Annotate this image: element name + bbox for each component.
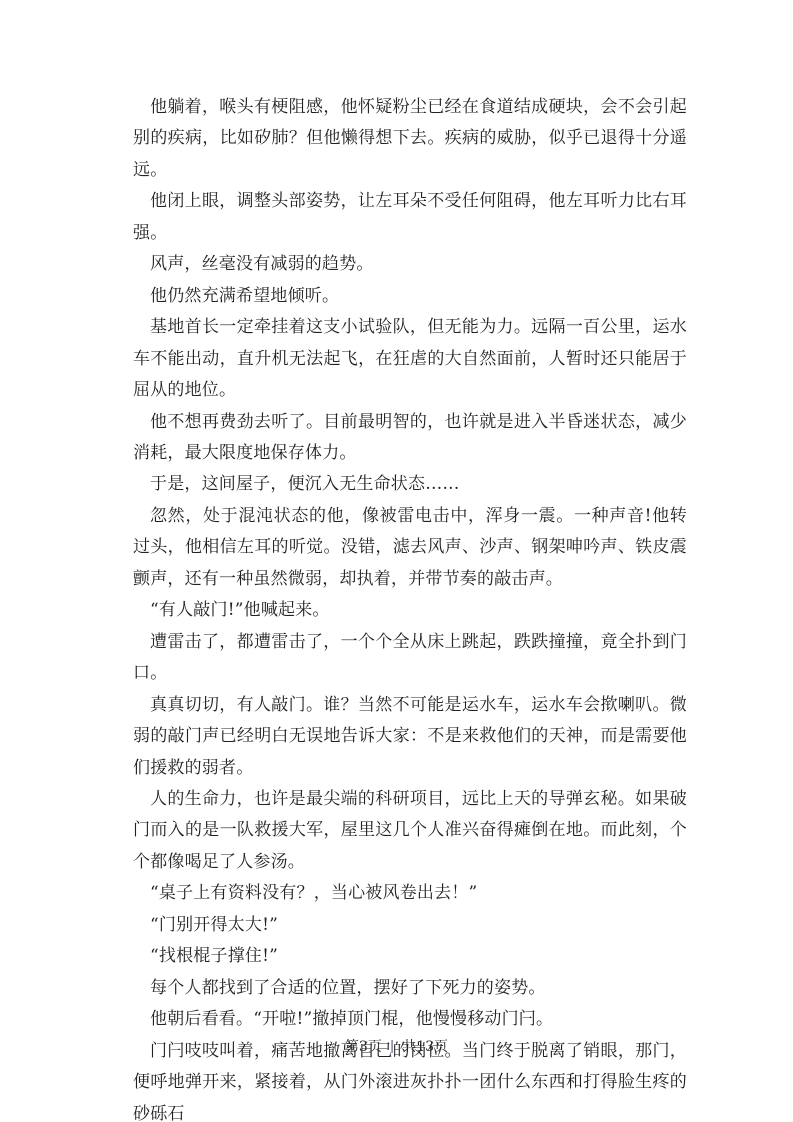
- paragraph: “找根棍子撑住!”: [133, 941, 687, 972]
- page-footer: 第3页 | 共13页: [0, 1036, 793, 1056]
- paragraph: 他仍然充满希望地倾听。: [133, 281, 687, 312]
- total-pages: 共13页: [402, 1036, 448, 1056]
- paragraph: 风声，丝毫没有减弱的趋势。: [133, 249, 687, 280]
- paragraph: “桌子上有资料没有？，当心被风卷出去！”: [133, 878, 687, 909]
- paragraph: 他朝后看看。“开啦!”撤掉顶门棍，他慢慢移动门闩。: [133, 1004, 687, 1035]
- paragraph: 每个人都找到了合适的位置，摆好了下死力的姿势。: [133, 973, 687, 1004]
- body-text: 他躺着，喉头有梗阻感，他怀疑粉尘已经在食道结成硬块，会不会引起别的疾病，比如矽肺…: [133, 92, 687, 1122]
- document-page: 他躺着，喉头有梗阻感，他怀疑粉尘已经在食道结成硬块，会不会引起别的疾病，比如矽肺…: [0, 0, 793, 1122]
- page-number: 第3页: [345, 1036, 382, 1056]
- paragraph: “有人敲门!”他喊起来。: [133, 595, 687, 626]
- paragraph: 他躺着，喉头有梗阻感，他怀疑粉尘已经在食道结成硬块，会不会引起别的疾病，比如矽肺…: [133, 92, 687, 186]
- paragraph: 他不想再费劲去听了。目前最明智的，也许就是进入半昏迷状态，减少消耗，最大限度地保…: [133, 407, 687, 470]
- paragraph: 他闭上眼，调整头部姿势，让左耳朵不受任何阻碍，他左耳听力比右耳强。: [133, 186, 687, 249]
- paragraph: 于是，这间屋子，便沉入无生命状态……: [133, 469, 687, 500]
- paragraph: 忽然，处于混沌状态的他，像被雷电击中，浑身一震。一种声音!他转过头，他相信左耳的…: [133, 501, 687, 595]
- paragraph: 遭雷击了，都遭雷击了，一个个全从床上跳起，跌跌撞撞，竟全扑到门口。: [133, 627, 687, 690]
- footer-separator: |: [390, 1039, 394, 1054]
- paragraph: 人的生命力，也许是最尖端的科研项目，远比上天的导弹玄秘。如果破门而入的是一队救援…: [133, 784, 687, 878]
- paragraph: “门别开得太大!”: [133, 910, 687, 941]
- paragraph: 真真切切，有人敲门。谁？当然不可能是运水车，运水车会揿喇叭。微弱的敲门声已经明白…: [133, 690, 687, 784]
- paragraph: 基地首长一定牵挂着这支小试验队，但无能为力。远隔一百公里，运水车不能出动，直升机…: [133, 312, 687, 406]
